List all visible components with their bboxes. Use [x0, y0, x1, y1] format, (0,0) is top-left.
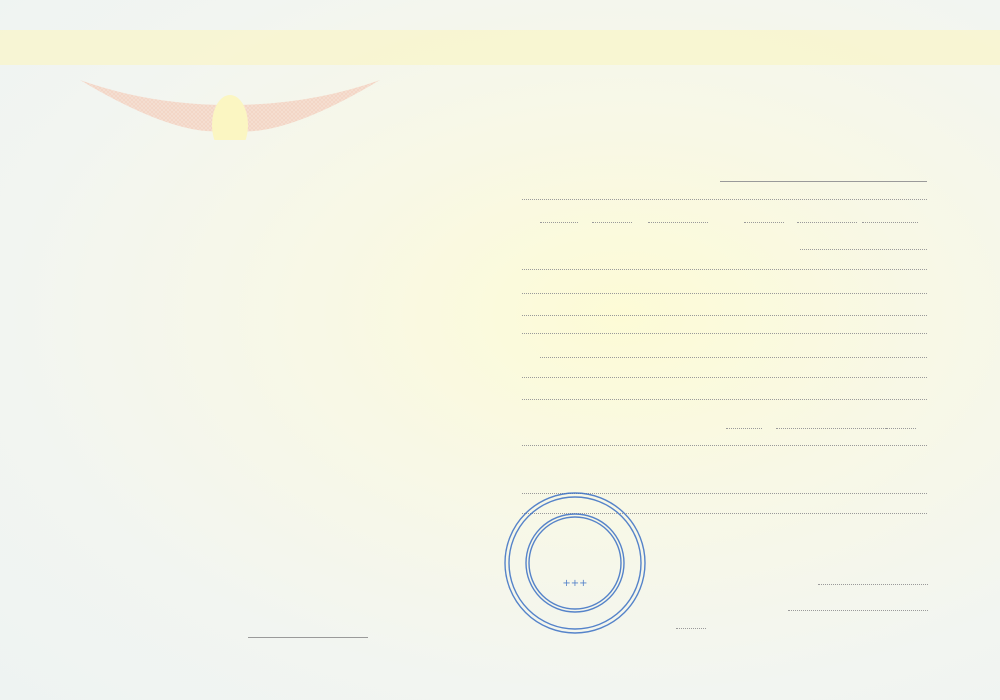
from-year-line	[648, 222, 708, 223]
rector-signature-line	[788, 610, 928, 611]
institution-rule-1	[522, 269, 927, 270]
from-month-line	[592, 222, 632, 223]
program-line	[540, 357, 927, 358]
commission-year-line	[886, 428, 916, 429]
program-rule-3	[522, 399, 927, 400]
commission-rule-2	[522, 445, 927, 446]
institution-rule-3	[522, 315, 927, 316]
institution-rule-2	[522, 293, 927, 294]
svg-text:+++: +++	[562, 578, 587, 589]
institution-line-0	[800, 249, 927, 250]
from-day-line	[540, 222, 578, 223]
institution-rule-4	[522, 333, 927, 334]
registration-line	[248, 637, 368, 638]
commission-day-line	[726, 428, 762, 429]
to-month-line	[797, 222, 857, 223]
holder-line-1	[720, 181, 927, 182]
left-fan-ornament	[60, 50, 400, 140]
institution-stamp: +++	[500, 488, 650, 638]
commission-month-line	[776, 428, 886, 429]
to-day-line	[744, 222, 784, 223]
program-rule-2	[522, 377, 927, 378]
holder-line-2	[522, 199, 927, 200]
year-line	[676, 628, 706, 629]
chair-signature-line	[818, 584, 928, 585]
to-year-line	[862, 222, 918, 223]
bottom-ornament	[0, 638, 1000, 700]
